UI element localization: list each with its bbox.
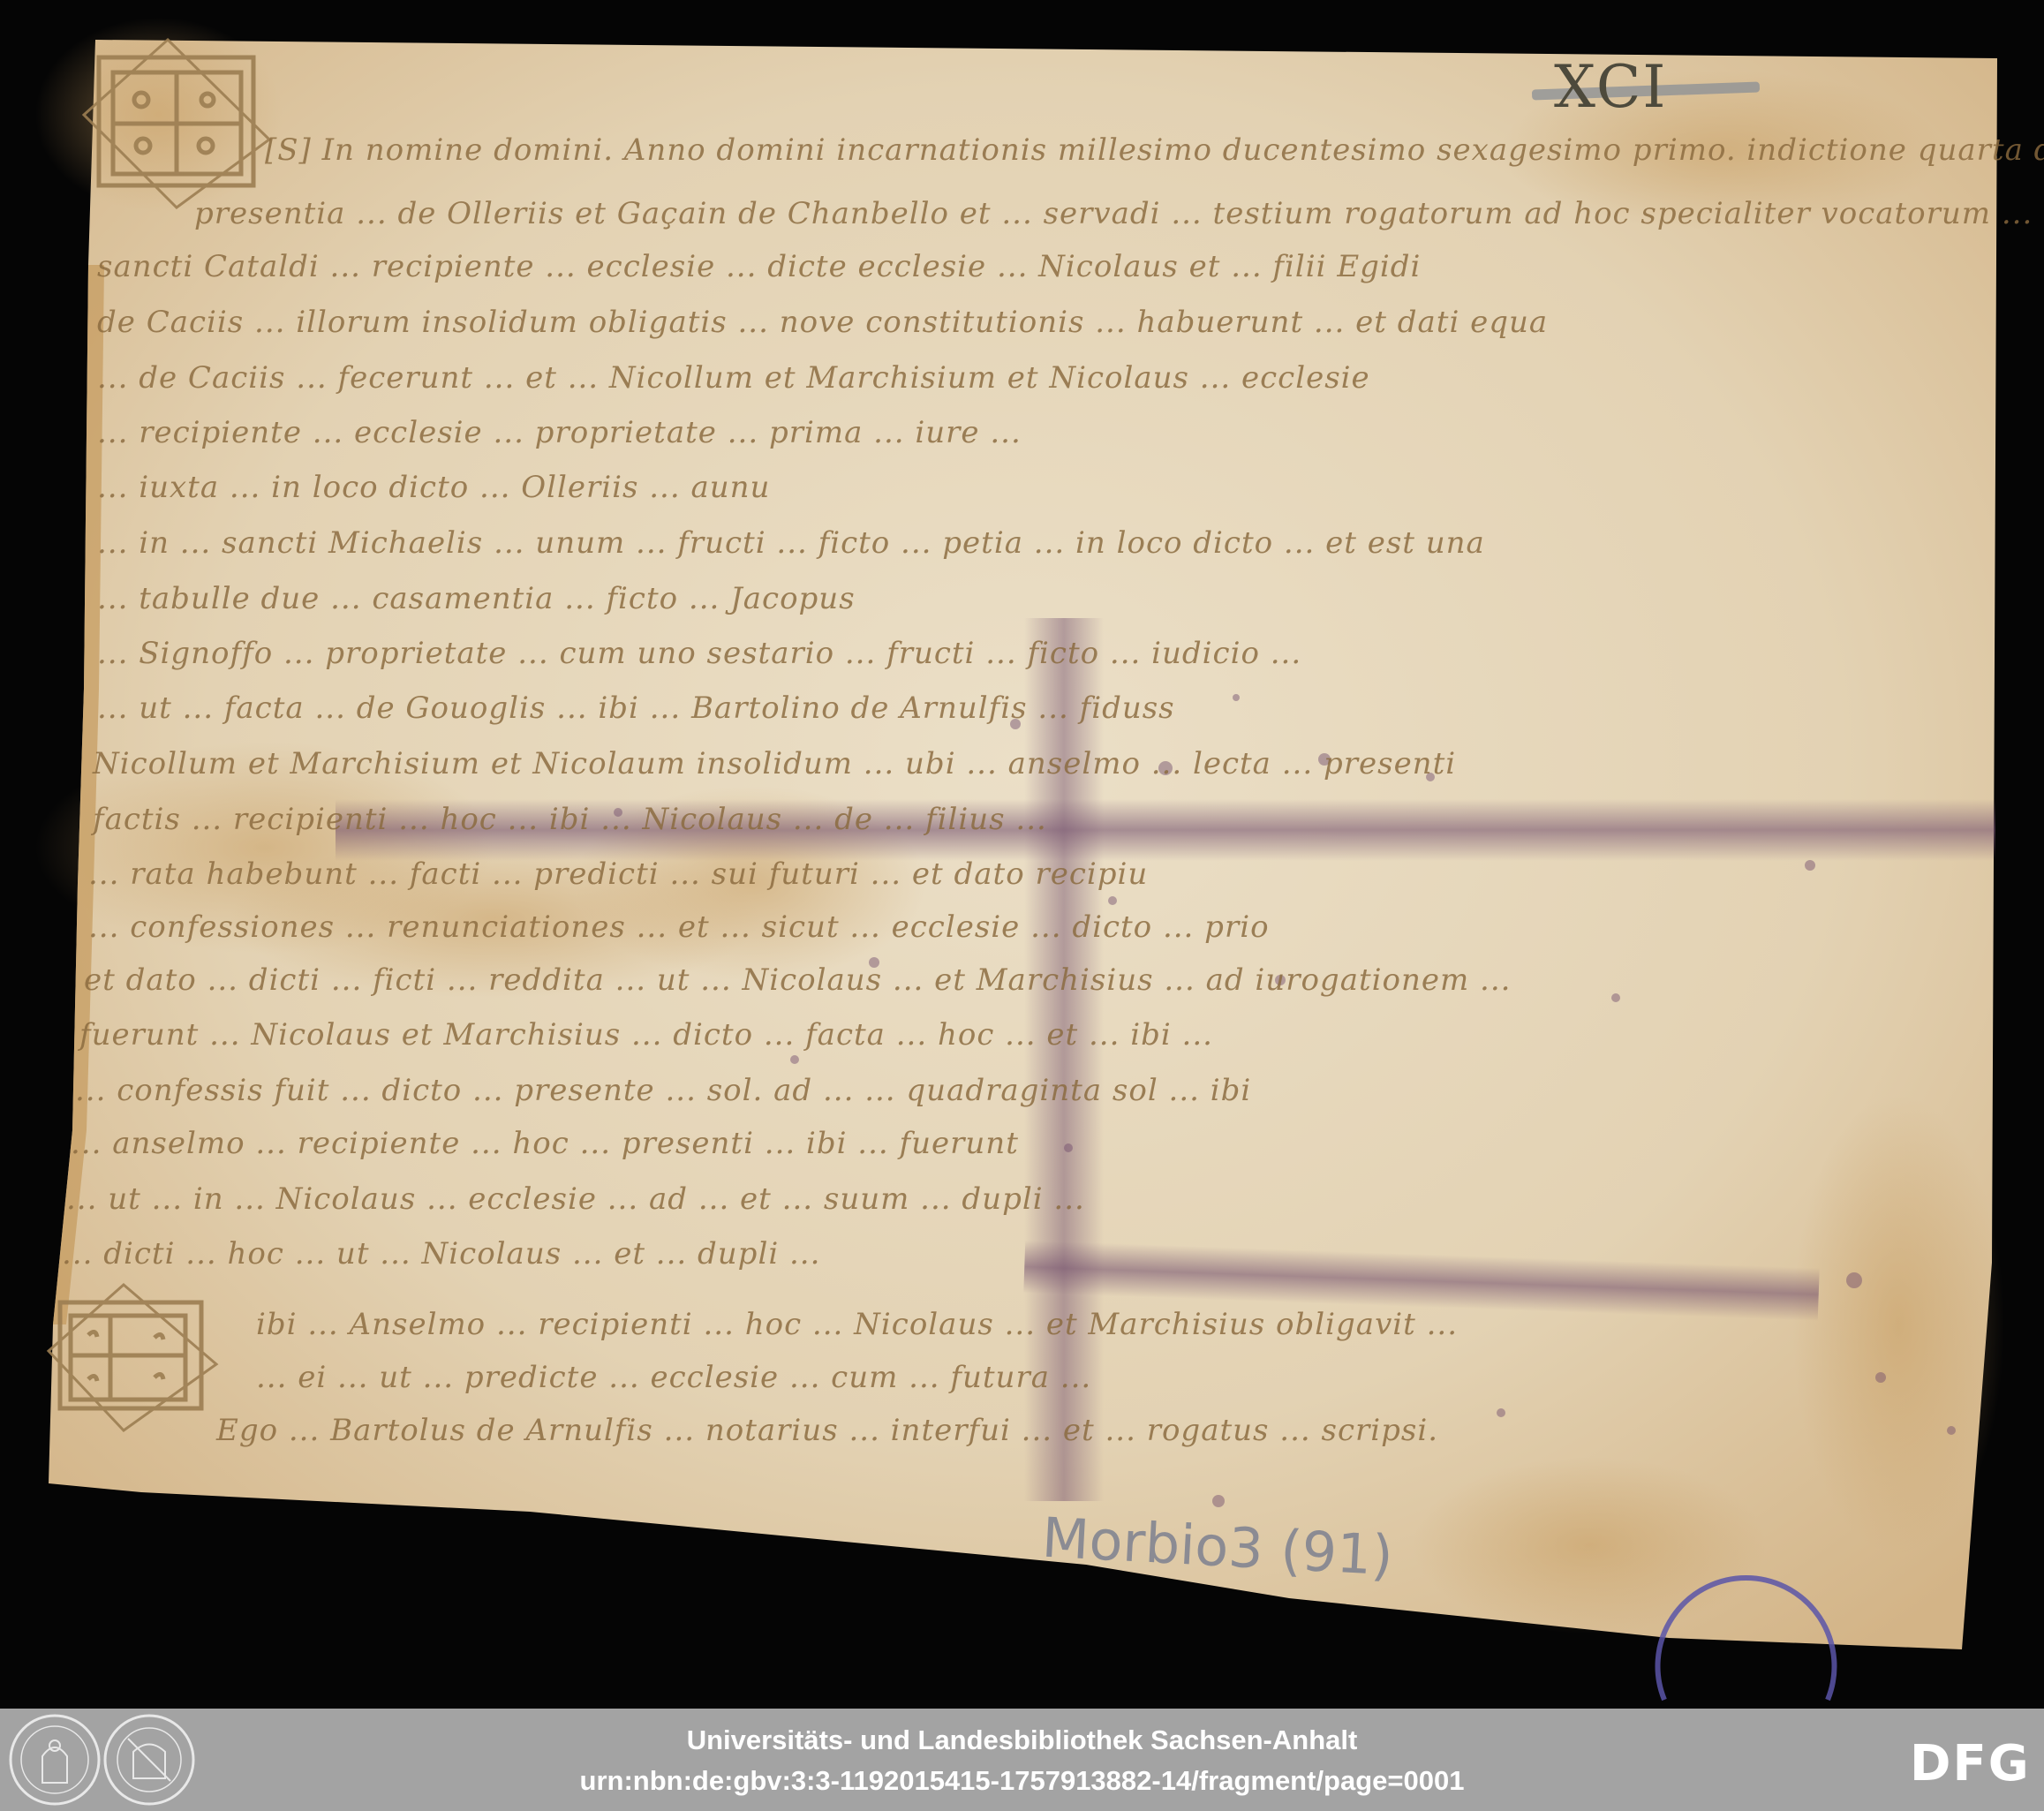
manuscript-line: Ego ... Bartolus de Arnulfis ... notariu… [216,1413,1438,1448]
library-footer-bar: Universitäts- und Landesbibliothek Sachs… [0,1709,2044,1811]
manuscript-line: ... ut ... facta ... de Gouoglis ... ibi… [97,690,1175,726]
manuscript-line: ... ei ... ut ... predicte ... ecclesie … [256,1360,1091,1395]
manuscript-line: [S] In nomine domini. Anno domini incarn… [265,132,2044,168]
manuscript-line: ... ut ... in ... Nicolaus ... ecclesie … [66,1181,1085,1217]
manuscript-line: et dato ... dicti ... ficti ... reddita … [84,962,1511,998]
manuscript-line: ... iuxta ... in loco dicto ... Olleriis… [97,470,770,505]
manuscript-line: de Caciis ... illorum insolidum obligati… [97,305,1548,340]
manuscript-line: ... rata habebunt ... facti ... predicti… [88,856,1148,892]
folio-number: XCI [1554,53,1667,121]
manuscript-line: ... anselmo ... recipiente ... hoc ... p… [71,1126,1019,1161]
manuscript-line: ... tabulle due ... casamentia ... ficto… [97,581,856,616]
manuscript-line: fuerunt ... Nicolaus et Marchisius ... d… [79,1017,1213,1053]
institution-name: Universitäts- und Landesbibliothek Sachs… [0,1724,2044,1756]
manuscript-line: ... recipiente ... ecclesie ... propriet… [97,415,1022,450]
manuscript-line: ... confessis fuit ... dicto ... present… [75,1073,1251,1108]
scan-image-area: XCI [S] In nomine domini. Anno domini in… [0,0,2044,1709]
manuscript-line: Nicollum et Marchisium et Nicolaum insol… [93,746,1456,781]
dfg-logo: DFG [1910,1735,2031,1792]
manuscript-line: ... Signoffo ... proprietate ... cum uno… [97,636,1301,671]
urn-identifier: urn:nbn:de:gbv:3:3-1192015415-1757913882… [0,1765,2044,1797]
manuscript-line: presentia ... de Olleriis et Gaçain de C… [194,196,2044,231]
manuscript-line: factis ... recipienti ... hoc ... ibi ..… [93,802,1047,837]
manuscript-line: ... de Caciis ... fecerunt ... et ... Ni… [97,360,1370,396]
manuscript-line: ibi ... Anselmo ... recipienti ... hoc .… [256,1307,1458,1342]
manuscript-line: sancti Cataldi ... recipiente ... eccles… [97,249,1421,284]
manuscript-line: ... in ... sancti Michaelis ... unum ...… [97,525,1485,561]
manuscript-line: ... dicti ... hoc ... ut ... Nicolaus ..… [62,1236,820,1271]
manuscript-line: ... confessiones ... renunciationes ... … [88,909,1270,945]
